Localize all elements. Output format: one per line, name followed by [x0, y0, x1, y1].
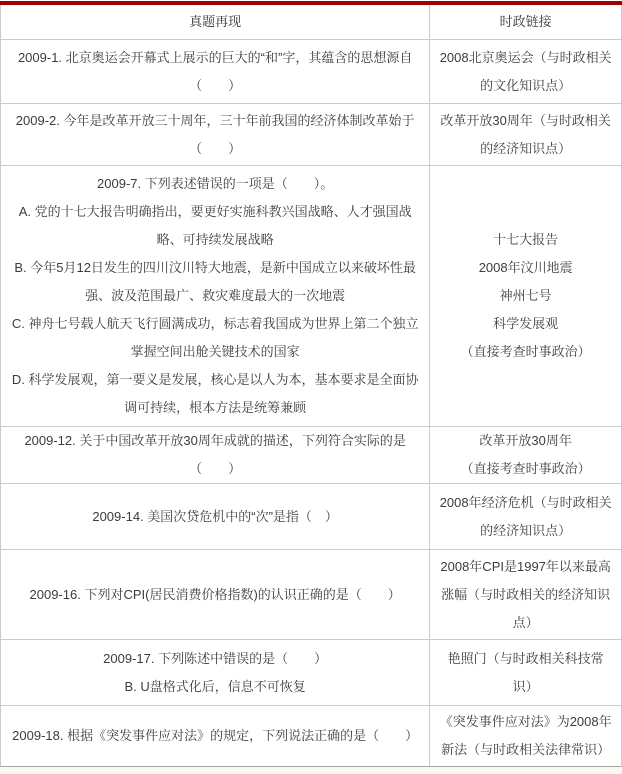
- link-cell: 十七大报告 2008年汶川地震 神州七号 科学发展观 （直接考查时事政治）: [430, 166, 621, 426]
- header-label: 真题再现: [9, 8, 421, 36]
- question-line: 强、波及范围最广、救灾难度最大的一次地震: [9, 282, 421, 310]
- link-line: （直接考查时事政治）: [438, 455, 613, 483]
- link-cell: 《突发事件应对法》为2008年 新法（与时政相关法律常识）: [430, 706, 621, 766]
- link-line: 改革开放30周年（与时政相关: [438, 107, 613, 135]
- question-line: 调可持续，根本方法是统筹兼顾: [9, 394, 421, 422]
- link-line: 点）: [438, 609, 613, 637]
- link-line: 艳照门（与时政相关科技常: [438, 645, 613, 673]
- table-header-row: 真题再现 时政链接: [1, 5, 621, 40]
- table-row: 2009-1. 北京奥运会开幕式上展示的巨大的“和”字，其蕴含的思想源自 （ ）…: [1, 40, 621, 104]
- header-cell-questions: 真题再现: [1, 5, 430, 39]
- question-cell: 2009-18. 根据《突发事件应对法》的规定，下列说法正确的是（ ）: [1, 706, 430, 766]
- link-line: 改革开放30周年: [438, 427, 613, 455]
- question-cell: 2009-1. 北京奥运会开幕式上展示的巨大的“和”字，其蕴含的思想源自 （ ）: [1, 40, 430, 103]
- link-line: 识）: [438, 673, 613, 701]
- question-line: B. U盘格式化后，信息不可恢复: [9, 673, 421, 701]
- table-row: 2009-14. 美国次贷危机中的“次”是指（ ） 2008年经济危机（与时政相…: [1, 484, 621, 550]
- link-line: 2008年经济危机（与时政相关: [438, 489, 613, 517]
- link-line: （直接考查时事政治）: [438, 338, 613, 366]
- link-line: 2008北京奥运会（与时政相关: [438, 44, 613, 72]
- table-row: 2009-16. 下列对CPI(居民消费价格指数)的认识正确的是（ ） 2008…: [1, 550, 621, 640]
- link-line: 涨幅（与时政相关的经济知识: [438, 581, 613, 609]
- link-cell: 改革开放30周年 （直接考查时事政治）: [430, 427, 621, 483]
- question-line: C. 神舟七号载人航天飞行圆满成功，标志着我国成为世界上第二个独立: [9, 310, 421, 338]
- question-line: 2009-17. 下列陈述中错误的是（ ）: [9, 645, 421, 673]
- question-line: 2009-12. 关于中国改革开放30周年成就的描述，下列符合实际的是: [9, 427, 421, 455]
- question-line: 2009-1. 北京奥运会开幕式上展示的巨大的“和”字，其蕴含的思想源自: [9, 44, 421, 72]
- link-line: 科学发展观: [438, 310, 613, 338]
- question-line: （ ）: [9, 135, 421, 163]
- link-line: 的经济知识点）: [438, 517, 613, 545]
- link-line: 《突发事件应对法》为2008年: [438, 708, 613, 736]
- table-row: 2009-12. 关于中国改革开放30周年成就的描述，下列符合实际的是 （ ） …: [1, 427, 621, 484]
- table-row: 2009-17. 下列陈述中错误的是（ ） B. U盘格式化后，信息不可恢复 艳…: [1, 640, 621, 706]
- link-line: 2008年CPI是1997年以来最高: [438, 553, 613, 581]
- link-cell: 艳照门（与时政相关科技常 识）: [430, 640, 621, 705]
- question-cell: 2009-14. 美国次贷危机中的“次”是指（ ）: [1, 484, 430, 549]
- question-cell: 2009-16. 下列对CPI(居民消费价格指数)的认识正确的是（ ）: [1, 550, 430, 639]
- question-line: 掌握空间出舱关键技术的国家: [9, 338, 421, 366]
- link-cell: 2008年CPI是1997年以来最高 涨幅（与时政相关的经济知识 点）: [430, 550, 621, 639]
- page: 真题再现 时政链接 2009-1. 北京奥运会开幕式上展示的巨大的“和”字，其蕴…: [0, 0, 622, 774]
- link-cell: 2008北京奥运会（与时政相关 的文化知识点）: [430, 40, 621, 103]
- question-line: （ ）: [9, 455, 421, 483]
- question-cell: 2009-17. 下列陈述中错误的是（ ） B. U盘格式化后，信息不可恢复: [1, 640, 430, 705]
- question-line: 2009-14. 美国次贷危机中的“次”是指（ ）: [9, 503, 421, 531]
- question-line: 2009-2. 今年是改革开放三十周年，三十年前我国的经济体制改革始于: [9, 107, 421, 135]
- question-cell: 2009-2. 今年是改革开放三十周年，三十年前我国的经济体制改革始于 （ ）: [1, 104, 430, 165]
- question-line: 略、可持续发展战略: [9, 226, 421, 254]
- link-cell: 改革开放30周年（与时政相关 的经济知识点）: [430, 104, 621, 165]
- link-line: 神州七号: [438, 282, 613, 310]
- exam-question-table: 真题再现 时政链接 2009-1. 北京奥运会开幕式上展示的巨大的“和”字，其蕴…: [0, 5, 622, 767]
- header-label: 时政链接: [438, 8, 613, 36]
- header-cell-links: 时政链接: [430, 5, 621, 39]
- question-line: （ ）: [9, 72, 421, 100]
- table-row: 2009-18. 根据《突发事件应对法》的规定，下列说法正确的是（ ） 《突发事…: [1, 706, 621, 766]
- question-line: A. 党的十七大报告明确指出，要更好实施科教兴国战略、人才强国战: [9, 198, 421, 226]
- table-row: 2009-2. 今年是改革开放三十周年，三十年前我国的经济体制改革始于 （ ） …: [1, 104, 621, 166]
- link-cell: 2008年经济危机（与时政相关 的经济知识点）: [430, 484, 621, 549]
- link-line: 新法（与时政相关法律常识）: [438, 736, 613, 764]
- question-line: B. 今年5月12日发生的四川汶川特大地震，是新中国成立以来破坏性最: [9, 254, 421, 282]
- link-line: 2008年汶川地震: [438, 254, 613, 282]
- table-row: 2009-7. 下列表述错误的一项是（ ）。 A. 党的十七大报告明确指出，要更…: [1, 166, 621, 427]
- question-line: 2009-18. 根据《突发事件应对法》的规定，下列说法正确的是（ ）: [9, 722, 421, 750]
- question-line: 2009-7. 下列表述错误的一项是（ ）。: [9, 170, 421, 198]
- page-bottom-strip: [0, 767, 622, 774]
- link-line: 的文化知识点）: [438, 72, 613, 100]
- link-line: 的经济知识点）: [438, 135, 613, 163]
- question-line: 2009-16. 下列对CPI(居民消费价格指数)的认识正确的是（ ）: [9, 581, 421, 609]
- question-cell: 2009-12. 关于中国改革开放30周年成就的描述，下列符合实际的是 （ ）: [1, 427, 430, 483]
- question-cell: 2009-7. 下列表述错误的一项是（ ）。 A. 党的十七大报告明确指出，要更…: [1, 166, 430, 426]
- question-line: D. 科学发展观，第一要义是发展，核心是以人为本，基本要求是全面协: [9, 366, 421, 394]
- link-line: 十七大报告: [438, 226, 613, 254]
